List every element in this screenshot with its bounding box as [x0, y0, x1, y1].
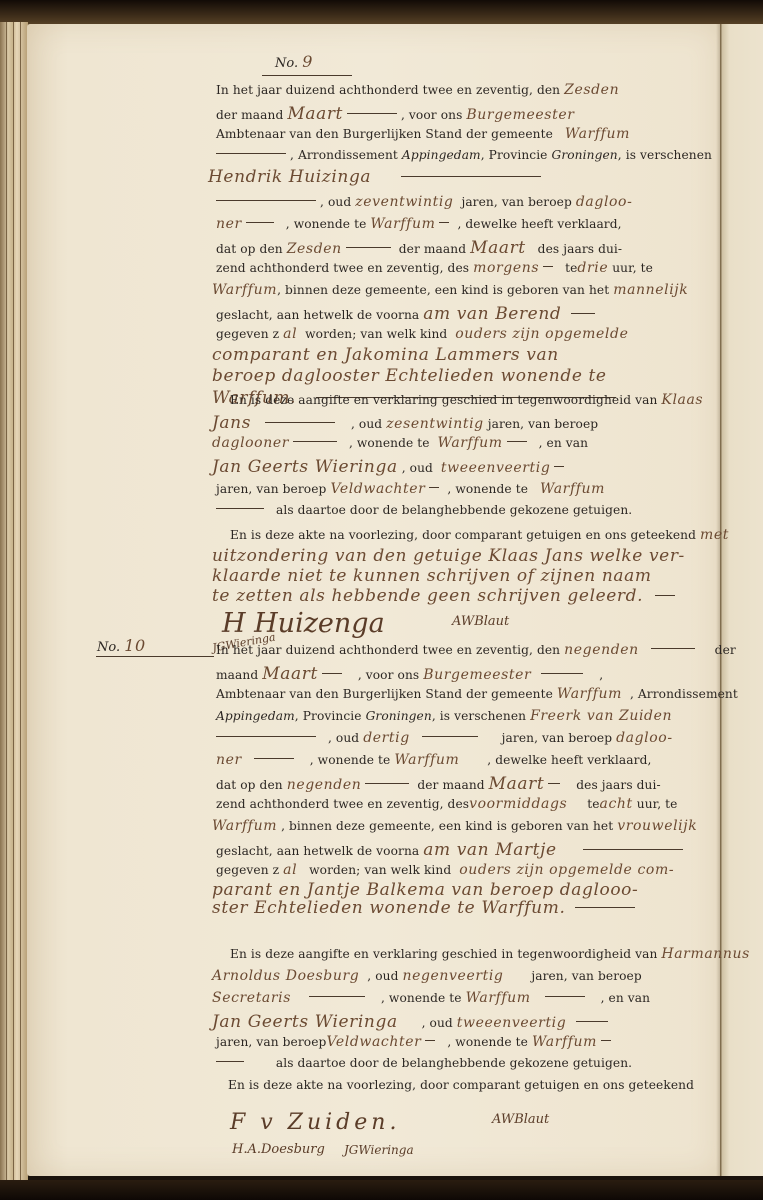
signature-declarant: F v Zuiden. — [230, 1110, 400, 1135]
record-line: Warffum , binnen deze gemeente, een kind… — [212, 818, 697, 834]
record-line: dat op den negenden der maand Maart des … — [216, 774, 661, 794]
witness-line: Secretaris , wonende te Warffum , en van — [212, 990, 650, 1006]
page-fold-shadow — [716, 24, 722, 1176]
next-page-edge — [720, 24, 763, 1176]
witness-line: als daartoe door de belanghebbende gekoz… — [216, 503, 632, 517]
record-line: zend achthonderd twee en zeventig, des m… — [216, 260, 653, 276]
signing-line: te zetten als hebbende geen schrijven ge… — [212, 586, 679, 606]
witness-line: jaren, van beroep Veldwachter , wonende … — [216, 481, 605, 497]
record-line: , Arrondissement Appingedam, Provincie G… — [216, 148, 712, 162]
signing-line: klaarde niet te kunnen schrijven of zijn… — [212, 566, 652, 586]
witness-line: Jans , oud zesentwintig jaren, van beroe… — [212, 413, 598, 433]
record-line: gegeven z al worden; van welk kind ouder… — [216, 862, 674, 878]
record-line: In het jaar duizend achthonderd twee en … — [216, 642, 736, 658]
record-line: geslacht, aan hetwelk de voorna am van B… — [216, 304, 599, 324]
record-line: Ambtenaar van den Burgerlijken Stand der… — [216, 686, 738, 702]
witness-line: Jan Geerts Wieringa , oud tweeenveertig — [212, 457, 568, 477]
record-line: comparant en Jakomina Lammers van — [212, 345, 559, 365]
witness-line: als daartoe door de belanghebbende gekoz… — [216, 1056, 632, 1070]
record-line: gegeven z al worden; van welk kind ouder… — [216, 326, 628, 342]
record-number: No. 9 — [275, 52, 313, 71]
signature-official: AWBlaut — [452, 614, 509, 629]
signing-line: En is deze akte na voorlezing, door comp… — [230, 527, 729, 543]
record-line: dat op den Zesden der maand Maart des ja… — [216, 238, 622, 258]
record-line: ner , wonende te Warffum , dewelke heeft… — [216, 752, 651, 768]
witness-line: jaren, van beroepVeldwachter , wonende t… — [216, 1034, 615, 1050]
number-label: No. — [275, 56, 298, 71]
spine-line — [13, 22, 14, 1184]
signature-witness-1: H.A.Doesburg — [232, 1142, 325, 1157]
record-line: der maand Maart, voor ons Burgemeester — [216, 104, 575, 124]
record-line: Warffum, binnen deze gemeente, een kind … — [212, 282, 688, 298]
book-binding-bottom — [0, 1180, 763, 1200]
record-line: beroep daglooster Echtelieden wonende te — [212, 366, 607, 386]
record-line: zend achthonderd twee en zeventig, desvo… — [216, 796, 678, 812]
signing-line: uitzondering van den getuige Klaas Jans … — [212, 546, 685, 566]
number-label: No. — [97, 640, 120, 655]
book-binding-top — [0, 0, 763, 26]
witness-line: Arnoldus Doesburg , oud negenveertig jar… — [212, 968, 642, 984]
record-line: maand Maart , voor ons Burgemeester , — [216, 664, 603, 684]
record-line: Appingedam, Provincie Groningen, is vers… — [216, 708, 672, 724]
spine-line — [6, 22, 7, 1184]
record-line: ster Echtelieden wonende te Warffum. — [212, 898, 639, 918]
signing-line: En is deze akte na voorlezing, door comp… — [228, 1078, 694, 1092]
record-line: , oud zeventwintig jaren, van beroep dag… — [216, 194, 632, 210]
record-line: , oud dertig jaren, van beroep dagloo- — [216, 730, 673, 746]
record-line: ner , wonende te Warffum , dewelke heeft… — [216, 216, 622, 232]
record-line: In het jaar duizend achthonderd twee en … — [216, 82, 619, 98]
signature-official: AWBlaut — [492, 1112, 549, 1127]
record-number: No. 10 — [97, 636, 146, 655]
record-line: geslacht, aan hetwelk de voorna am van M… — [216, 840, 687, 860]
witness-line: En is deze aangifte en verklaring geschi… — [230, 392, 703, 408]
record-line: Ambtenaar van den Burgerlijken Stand der… — [216, 126, 630, 142]
signature-witness-2: JGWieringa — [344, 1143, 414, 1157]
number-underline — [262, 75, 352, 76]
spine-line — [20, 22, 21, 1184]
witness-line: En is deze aangifte en verklaring geschi… — [230, 946, 750, 962]
record-line: parant en Jantje Balkema van beroep dagl… — [212, 880, 638, 900]
witness-line: Jan Geerts Wieringa , oud tweeenveertig — [212, 1012, 612, 1032]
book-spine — [0, 22, 28, 1184]
record-line: Hendrik Huizinga — [208, 167, 545, 187]
number-value: 9 — [302, 52, 313, 71]
witness-line: daglooner , wonende te Warffum , en van — [212, 435, 588, 451]
number-underline — [96, 656, 214, 657]
number-value: 10 — [124, 636, 146, 655]
